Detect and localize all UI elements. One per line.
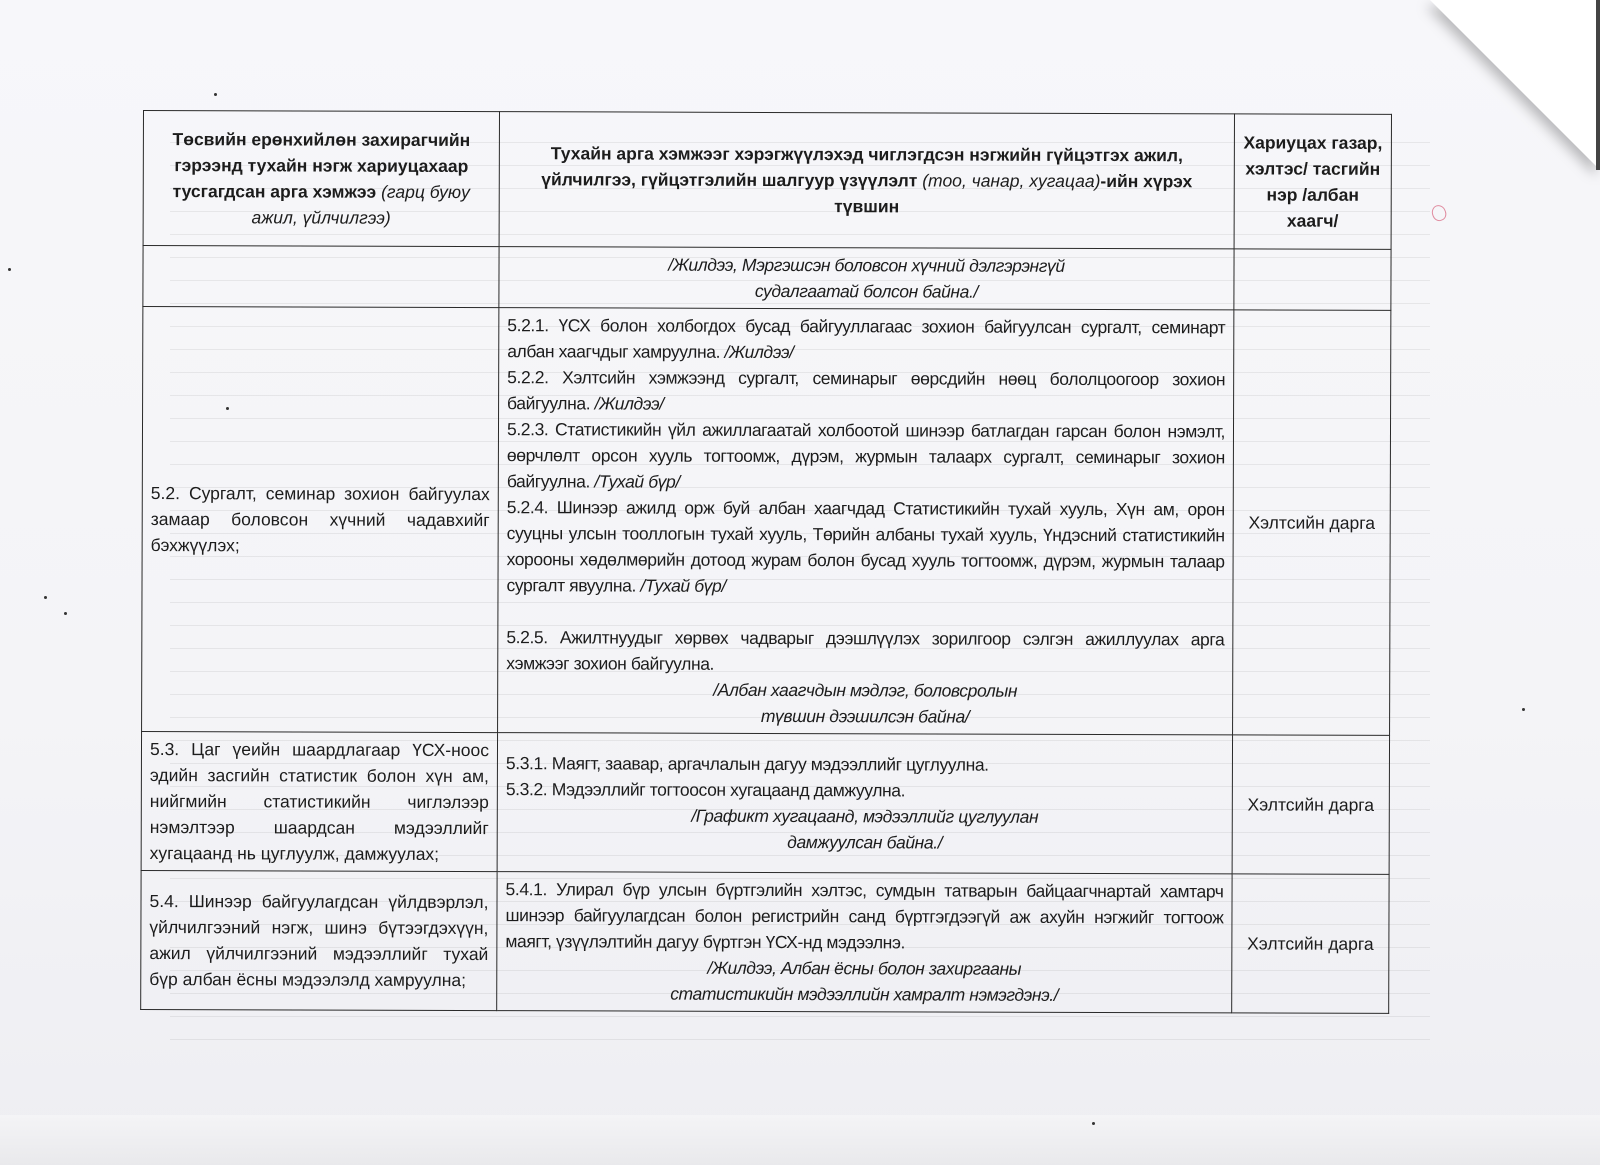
scan-speck <box>1522 708 1525 711</box>
responsible-cell: Хэлтсийн дарга <box>1232 874 1389 1013</box>
action-plan-table: Төсвийн ерөнхийлөн захирагчийн гэрээнд т… <box>140 110 1392 1014</box>
header-responsible: Хариуцах газар, хэлтэс/ тасгийн нэр /алб… <box>1234 114 1391 249</box>
task-item: 5.2.2. Хэлтсийн хэмжээнд сургалт, семина… <box>507 364 1225 418</box>
outcome-line: /Жилдээ, Албан ёсны болон захиргааны <box>505 954 1223 982</box>
header-measure: Төсвийн ерөнхийлөн захирагчийн гэрээнд т… <box>143 111 499 247</box>
scan-bottom-margin <box>0 1115 1600 1165</box>
task-item: 5.3.2. Мэдээллийг тогтоосон хугацаанд да… <box>506 776 1224 804</box>
outcome-line: судалгаатай болсон байна./ <box>507 277 1225 305</box>
measure-cell: 5.3. Цаг үеийн шаардлагаар ҮСХ-ноос эдий… <box>141 731 497 871</box>
task-item: 5.2.1. ҮСХ болон холбогдох бусад байгуул… <box>507 312 1225 366</box>
scan-speck <box>1092 1122 1095 1125</box>
header-performance: Тухайн арга хэмжээг хэрэгжүүлэхэд чиглэг… <box>499 112 1234 249</box>
outcome-line: /Графикт хугацаанд, мэдээллийг цуглуулан <box>506 802 1224 830</box>
spacer <box>506 598 1224 626</box>
outcome-line: /Жилдээ, Мэргэшсэн боловсон хүчний дэлгэ… <box>507 251 1225 279</box>
tasks-cell: 5.3.1. Маягт, заавар, аргачлалын дагуу м… <box>497 733 1232 874</box>
continuation-responsible-cell <box>1234 249 1391 310</box>
table-row: 5.2. Сургалт, семинар зохион байгуулах з… <box>142 307 1391 736</box>
outcome-line: түвшин дээшилсэн байна/ <box>506 702 1224 730</box>
header-performance-note: (тоо, чанар, хугацаа) <box>922 170 1100 191</box>
table-row: 5.4. Шинээр байгуулагдсан үйлдвэрлэл, үй… <box>141 870 1389 1013</box>
task-item: 5.4.1. Улирал бүр улсын бүртгэлийн хэлтэ… <box>505 876 1223 956</box>
table-header-row: Төсвийн ерөнхийлөн захирагчийн гэрээнд т… <box>143 111 1391 250</box>
responsible-cell: Хэлтсийн дарга <box>1233 310 1391 735</box>
outcome-line: /Албан хаагчдын мэдлэг, боловсролын <box>506 676 1224 704</box>
table-row: 5.3. Цаг үеийн шаардлагаар ҮСХ-ноос эдий… <box>141 731 1389 874</box>
tasks-cell: 5.4.1. Улирал бүр улсын бүртгэлийн хэлтэ… <box>497 872 1232 1013</box>
continuation-measure-cell <box>143 246 499 308</box>
measure-cell: 5.2. Сургалт, семинар зохион байгуулах з… <box>142 307 499 733</box>
outcome-line: статистикийн мэдээллийн хамралт нэмэгдэн… <box>505 980 1223 1008</box>
scan-speck <box>8 268 11 271</box>
tasks-cell: 5.2.1. ҮСХ болон холбогдох бусад байгуул… <box>498 308 1234 735</box>
folded-corner <box>1430 0 1600 170</box>
continuation-outcome-cell: /Жилдээ, Мэргэшсэн боловсон хүчний дэлгэ… <box>499 247 1234 310</box>
task-item: 5.2.4. Шинээр ажилд орж буй албан хаагчд… <box>506 494 1224 600</box>
task-item: 5.3.1. Маягт, заавар, аргачлалын дагуу м… <box>506 750 1224 778</box>
scan-speck <box>64 612 67 615</box>
continuation-row: /Жилдээ, Мэргэшсэн боловсон хүчний дэлгэ… <box>143 246 1391 311</box>
measure-cell: 5.4. Шинээр байгуулагдсан үйлдвэрлэл, үй… <box>141 870 497 1010</box>
responsible-cell: Хэлтсийн дарга <box>1232 735 1389 874</box>
pink-mark <box>1430 203 1449 223</box>
scanned-page: Төсвийн ерөнхийлөн захирагчийн гэрээнд т… <box>0 0 1600 1165</box>
page-edge-shadow <box>1596 0 1600 170</box>
scan-speck <box>214 93 217 96</box>
outcome-line: дамжуулсан байна./ <box>506 828 1224 856</box>
task-item: 5.2.3. Статистикийн үйл ажиллагаатай хол… <box>507 416 1225 496</box>
task-item: 5.2.5. Ажилтнуудыг хөрвөх чадварыг дээшл… <box>506 624 1224 678</box>
scan-speck <box>44 596 47 599</box>
